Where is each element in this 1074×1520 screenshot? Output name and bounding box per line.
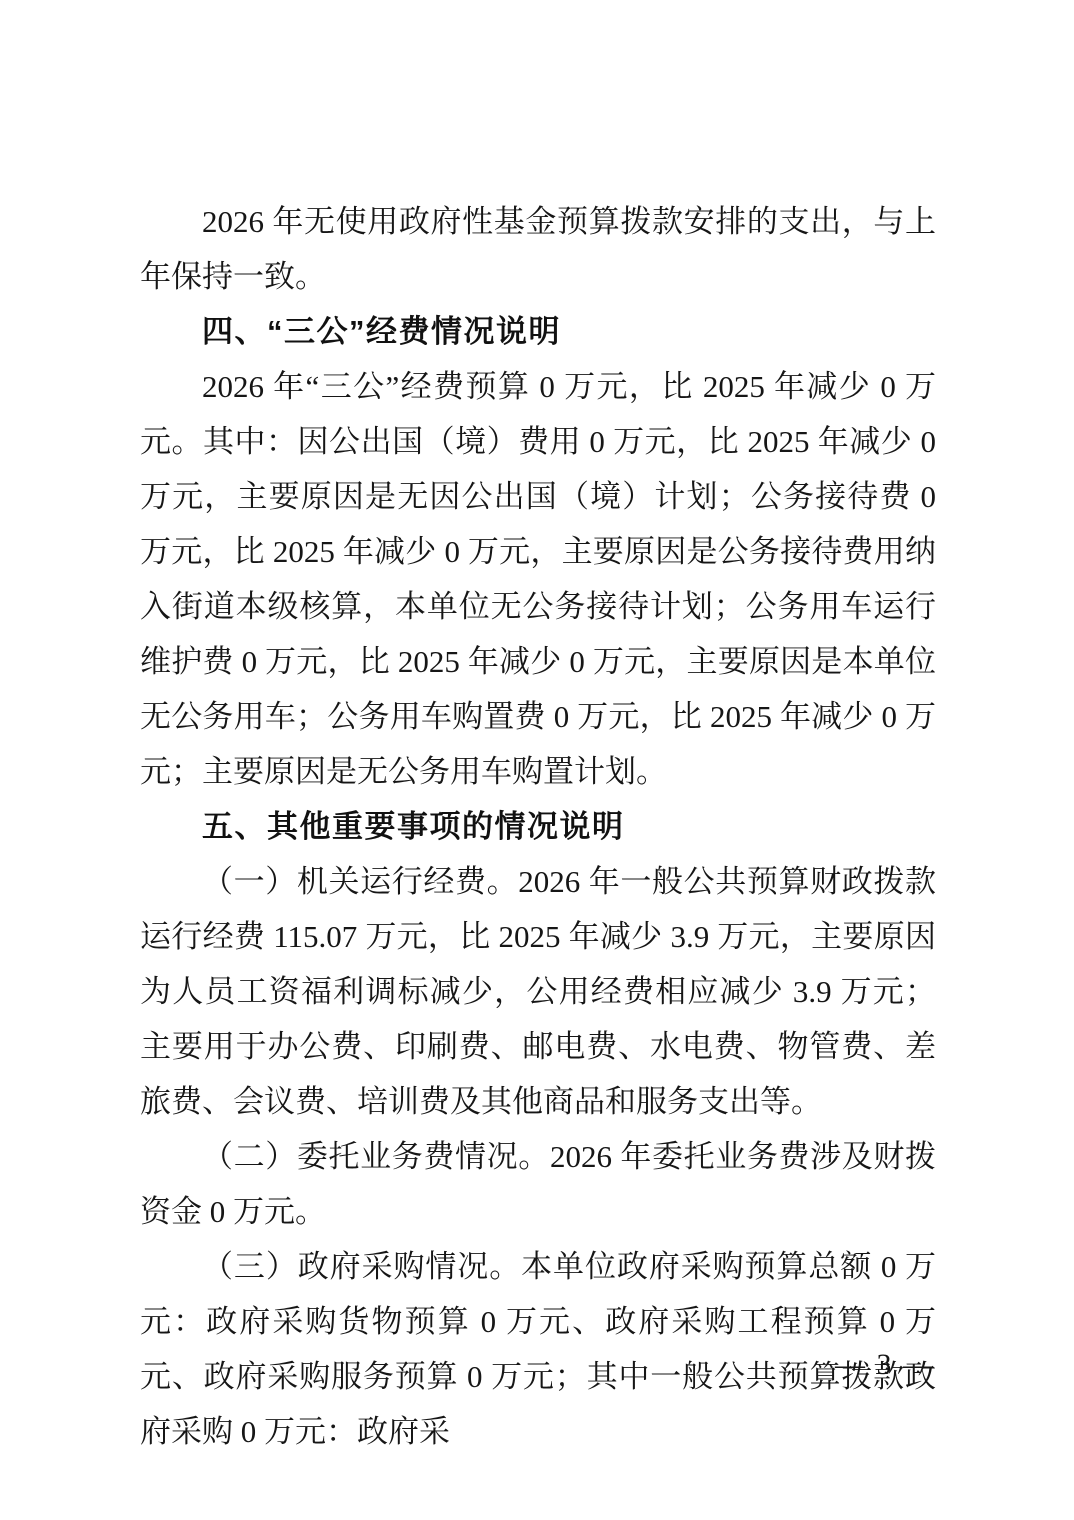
paragraph-agency-operating-costs: （一）机关运行经费。2026 年一般公共预算财政拨款运行经费 115.07 万元… (140, 854, 936, 1129)
paragraph-gov-fund-expenditure: 2026 年无使用政府性基金预算拨款安排的支出，与上年保持一致。 (140, 194, 936, 304)
section-heading-three-public-expenses: 四、“三公”经费情况说明 (140, 304, 936, 359)
document-page: 2026 年无使用政府性基金预算拨款安排的支出，与上年保持一致。 四、“三公”经… (0, 0, 1074, 1520)
paragraph-entrusted-business-fees: （二）委托业务费情况。2026 年委托业务费涉及财拨资金 0 万元。 (140, 1129, 936, 1239)
paragraph-three-public-detail: 2026 年“三公”经费预算 0 万元，比 2025 年减少 0 万元。其中：因… (140, 359, 936, 799)
page-number: — 3 — (835, 1347, 935, 1383)
paragraph-government-procurement: （三）政府采购情况。本单位政府采购预算总额 0 万元：政府采购货物预算 0 万元… (140, 1239, 936, 1459)
section-heading-other-important-matters: 五、其他重要事项的情况说明 (140, 799, 936, 854)
document-body: 2026 年无使用政府性基金预算拨款安排的支出，与上年保持一致。 四、“三公”经… (140, 194, 936, 1459)
